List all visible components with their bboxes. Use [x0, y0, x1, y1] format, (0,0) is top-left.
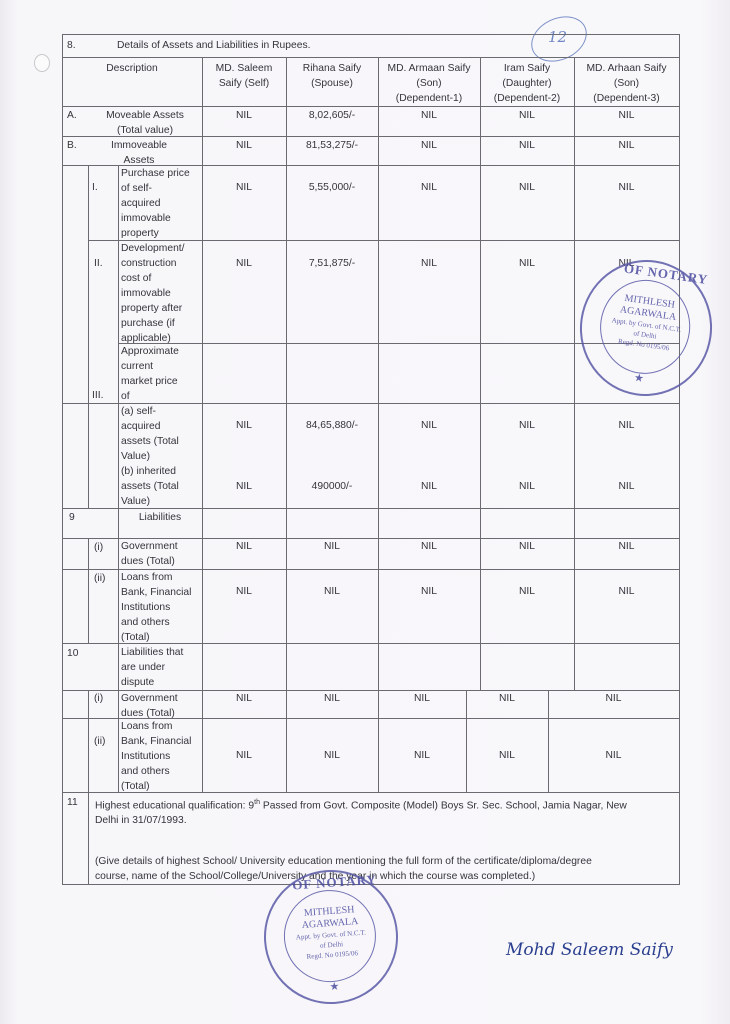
row-label-i: I. — [92, 180, 112, 195]
section-10-row-1-value-1: NIL — [202, 691, 286, 706]
development-cost-value-4: NIL — [480, 256, 574, 271]
purchase-price-value-1: NIL — [202, 180, 286, 195]
section-9-row-2-value-1: NIL — [202, 584, 286, 599]
header-description: Description — [62, 61, 202, 76]
self-acquired-value-4: NIL — [480, 418, 574, 433]
table-rule — [62, 34, 680, 35]
punch-hole — [34, 54, 50, 72]
section-9-row-2-value-2: NIL — [286, 584, 378, 599]
table-rule — [88, 538, 89, 643]
section-9-row-1-value-4: NIL — [480, 539, 574, 554]
section-9-desc-2: Loans fromBank, FinancialInstitutionsand… — [121, 570, 203, 645]
self-acquired-value-2: 84,65,880/- — [286, 418, 378, 433]
section-number: 8. — [67, 38, 87, 53]
inherited-value-2: 490000/- — [286, 479, 378, 494]
moveable-assets-value-2: 8,02,605/- — [286, 108, 378, 123]
education-instruction: (Give details of highest School/ Univers… — [95, 854, 679, 884]
purchase-price-value-2: 5,55,000/- — [286, 180, 378, 195]
section-10-desc-2: Loans fromBank, FinancialInstitutionsand… — [121, 719, 203, 794]
header-dependent-3: MD. Arhaan Saify(Son)(Dependent-3) — [574, 61, 679, 106]
section-10-row-2-value-4: NIL — [466, 748, 548, 763]
self-acquired-value-3: NIL — [378, 418, 480, 433]
table-rule — [62, 106, 680, 107]
inherited-value-1: NIL — [202, 479, 286, 494]
table-rule — [62, 34, 63, 885]
section-10-number: 10 — [67, 646, 87, 661]
purchase-price-value-3: NIL — [378, 180, 480, 195]
moveable-assets-value-5: NIL — [574, 108, 679, 123]
stamp-ring-text: OF NOTARY — [292, 872, 378, 894]
row-desc-immoveable-assets: ImmoveableAssets — [88, 138, 190, 168]
section-10-row-2-value-3: NIL — [378, 748, 466, 763]
table-rule — [88, 792, 89, 884]
immoveable-assets-value-3: NIL — [378, 138, 480, 153]
section-10-desc-1: Governmentdues (Total) — [121, 691, 203, 721]
immoveable-assets-value-5: NIL — [574, 138, 679, 153]
table-rule — [88, 165, 89, 508]
section-10-row-1-value-3: NIL — [378, 691, 466, 706]
row-label-b: B. — [67, 138, 87, 153]
inherited-value-3: NIL — [378, 479, 480, 494]
section-10-row-1-value-2: NIL — [286, 691, 378, 706]
table-rule — [118, 165, 119, 538]
page-number: 12 — [548, 28, 567, 46]
table-rule — [118, 508, 119, 792]
table-rule — [62, 643, 680, 644]
section-10-row-2-value-1: NIL — [202, 748, 286, 763]
moveable-assets-value-3: NIL — [378, 108, 480, 123]
section-9-row-1-value-1: NIL — [202, 539, 286, 554]
table-rule — [62, 508, 680, 509]
immoveable-assets-value-2: 81,53,275/- — [286, 138, 378, 153]
section-10-row-1-value-4: NIL — [466, 691, 548, 706]
section-9-row-1-value-5: NIL — [574, 539, 679, 554]
section-9-row-2-value-3: NIL — [378, 584, 480, 599]
moveable-assets-value-1: NIL — [202, 108, 286, 123]
row-desc-purchase-price: Purchase priceof self-acquiredimmovablep… — [121, 166, 201, 241]
row-label-ii: II. — [94, 256, 114, 271]
table-rule — [62, 718, 680, 719]
section-9-desc-1: Governmentdues (Total) — [121, 539, 203, 569]
self-acquired-value-5: NIL — [574, 418, 679, 433]
section-9-row-2-value-4: NIL — [480, 584, 574, 599]
table-rule — [88, 690, 89, 792]
immoveable-assets-value-1: NIL — [202, 138, 286, 153]
row-desc-moveable-assets: Moveable Assets(Total value) — [88, 108, 202, 138]
section-10-row-2-value-2: NIL — [286, 748, 378, 763]
signature: Mohd Saleem Saify — [506, 940, 673, 960]
section-11-number: 11 — [67, 795, 87, 810]
section-9-label-2: (ii) — [94, 571, 114, 586]
section-9-number: 9 — [69, 510, 84, 525]
section-9-row-1-value-3: NIL — [378, 539, 480, 554]
header-spouse: Rihana Saify(Spouse) — [286, 61, 378, 91]
row-desc-development-cost: Development/constructioncost ofimmovable… — [121, 241, 201, 346]
development-cost-value-3: NIL — [378, 256, 480, 271]
inherited-value-5: NIL — [574, 479, 679, 494]
section-10-row-2-value-5: NIL — [548, 748, 679, 763]
section-9-label-1: (i) — [94, 540, 114, 555]
educational-qualification: Highest educational qualification: 9th P… — [95, 795, 675, 828]
header-dependent-1: MD. Armaan Saify(Son)(Dependent-1) — [378, 61, 480, 106]
row-desc-self-acquired: (a) self-acquiredassets (TotalValue) — [121, 404, 201, 464]
purchase-price-value-4: NIL — [480, 180, 574, 195]
table-rule — [62, 792, 680, 793]
table-rule — [62, 57, 680, 58]
development-cost-value-2: 7,51,875/- — [286, 256, 378, 271]
table-rule — [62, 136, 680, 137]
development-cost-value-1: NIL — [202, 256, 286, 271]
table-rule — [62, 569, 680, 570]
row-label-iii: III. — [92, 388, 112, 403]
row-label-a: A. — [67, 108, 87, 123]
section-10-row-1-value-5: NIL — [548, 691, 679, 706]
section-9-title: Liabilities — [118, 510, 202, 525]
header-dependent-2: Iram Saify(Daughter)(Dependent-2) — [480, 61, 574, 106]
section-10-label-2: (ii) — [94, 734, 114, 749]
section-10-title: Liabilities thatare underdispute — [121, 645, 201, 690]
purchase-price-value-5: NIL — [574, 180, 679, 195]
immoveable-assets-value-4: NIL — [480, 138, 574, 153]
table-rule — [202, 57, 203, 538]
moveable-assets-value-4: NIL — [480, 108, 574, 123]
inherited-value-4: NIL — [480, 479, 574, 494]
header-self: MD. SaleemSaify (Self) — [202, 61, 286, 91]
section-10-label-1: (i) — [94, 691, 114, 706]
row-desc-market-price: Approximatecurrentmarket priceof — [121, 344, 201, 404]
row-desc-inherited: (b) inheritedassets (TotalValue) — [121, 464, 201, 509]
section-9-row-1-value-2: NIL — [286, 539, 378, 554]
section-title: Details of Assets and Liabilities in Rup… — [117, 38, 417, 53]
table-rule — [679, 34, 680, 885]
section-9-row-2-value-5: NIL — [574, 584, 679, 599]
self-acquired-value-1: NIL — [202, 418, 286, 433]
